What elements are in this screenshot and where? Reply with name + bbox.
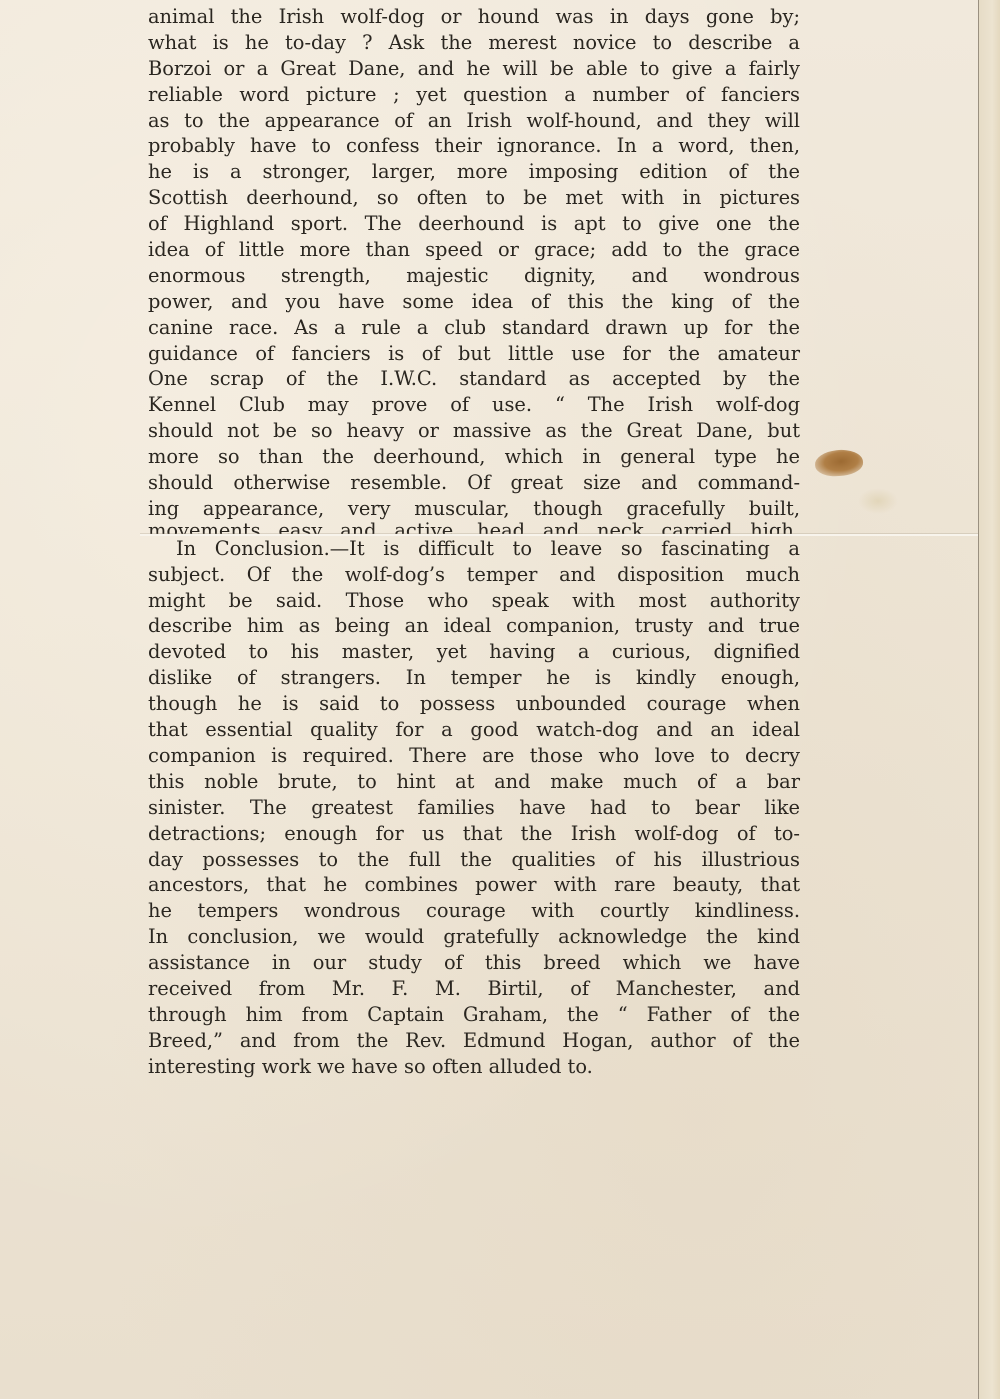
text-line: Breed,” and from the Rev. Edmund Hogan, … (148, 1028, 800, 1054)
text-line: probably have to confess their ignorance… (148, 133, 800, 159)
text-line: One scrap of the I.W.C. standard as acce… (148, 366, 800, 392)
text-line: Borzoi or a Great Dane, and he will be a… (148, 56, 800, 82)
text-line: what is he to-day ? Ask the merest novic… (148, 30, 800, 56)
text-line: describe him as being an ideal companion… (148, 613, 800, 639)
text-line: idea of little more than speed or grace;… (148, 237, 800, 263)
text-line: In conclusion, we would gratefully ackno… (148, 924, 800, 950)
text-line: companion is required. There are those w… (148, 743, 800, 769)
text-line: reliable word picture ; yet question a n… (148, 82, 800, 108)
text-line: this noble brute, to hint at and make mu… (148, 769, 800, 795)
text-line: Scottish deerhound, so often to be met w… (148, 185, 800, 211)
text-line: assistance in our study of this breed wh… (148, 950, 800, 976)
page-edge-strip (978, 0, 1000, 1399)
text-line: day possesses to the full the qualities … (148, 847, 800, 873)
text-line: should not be so heavy or massive as the… (148, 418, 800, 444)
text-line: dislike of strangers. In temper he is ki… (148, 665, 800, 691)
text-line: guidance of fanciers is of but little us… (148, 341, 800, 367)
text-line: animal the Irish wolf-dog or hound was i… (148, 4, 800, 30)
text-line: power, and you have some idea of this th… (148, 289, 800, 315)
text-line: that essential quality for a good watch-… (148, 717, 800, 743)
text-line: ing appearance, very muscular, though gr… (148, 496, 800, 522)
paper-fold-line (140, 534, 978, 536)
text-line: received from Mr. F. M. Birtil, of Manch… (148, 976, 800, 1002)
faint-stain-mark (858, 488, 898, 514)
text-line: might be said. Those who speak with most… (148, 588, 800, 614)
text-line: Kennel Club may prove of use. “ The Iris… (148, 392, 800, 418)
conclusion-heading-line: In Conclusion.—It is difficult to leave … (148, 536, 800, 562)
text-line: sinister. The greatest families have had… (148, 795, 800, 821)
text-line: canine race. As a rule a club standard d… (148, 315, 800, 341)
text-line: of Highland sport. The deerhound is apt … (148, 211, 800, 237)
text-line: ancestors, that he combines power with r… (148, 872, 800, 898)
text-line: through him from Captain Graham, the “ F… (148, 1002, 800, 1028)
text-line: should otherwise resemble. Of great size… (148, 470, 800, 496)
text-line: as to the appearance of an Irish wolf-ho… (148, 108, 800, 134)
article-text: animal the Irish wolf-dog or hound was i… (148, 4, 800, 1080)
text-line: more so than the deerhound, which in gen… (148, 444, 800, 470)
text-line: he tempers wondrous courage with courtly… (148, 898, 800, 924)
text-line: detractions; enough for us that the Iris… (148, 821, 800, 847)
text-line: devoted to his master, yet having a curi… (148, 639, 800, 665)
text-line: subject. Of the wolf-dog’s temper and di… (148, 562, 800, 588)
text-line-final: interesting work we have so often allude… (148, 1054, 800, 1080)
text-line: enormous strength, majestic dignity, and… (148, 263, 800, 289)
text-line: he is a stronger, larger, more imposing … (148, 159, 800, 185)
text-line: though he is said to possess unbounded c… (148, 691, 800, 717)
